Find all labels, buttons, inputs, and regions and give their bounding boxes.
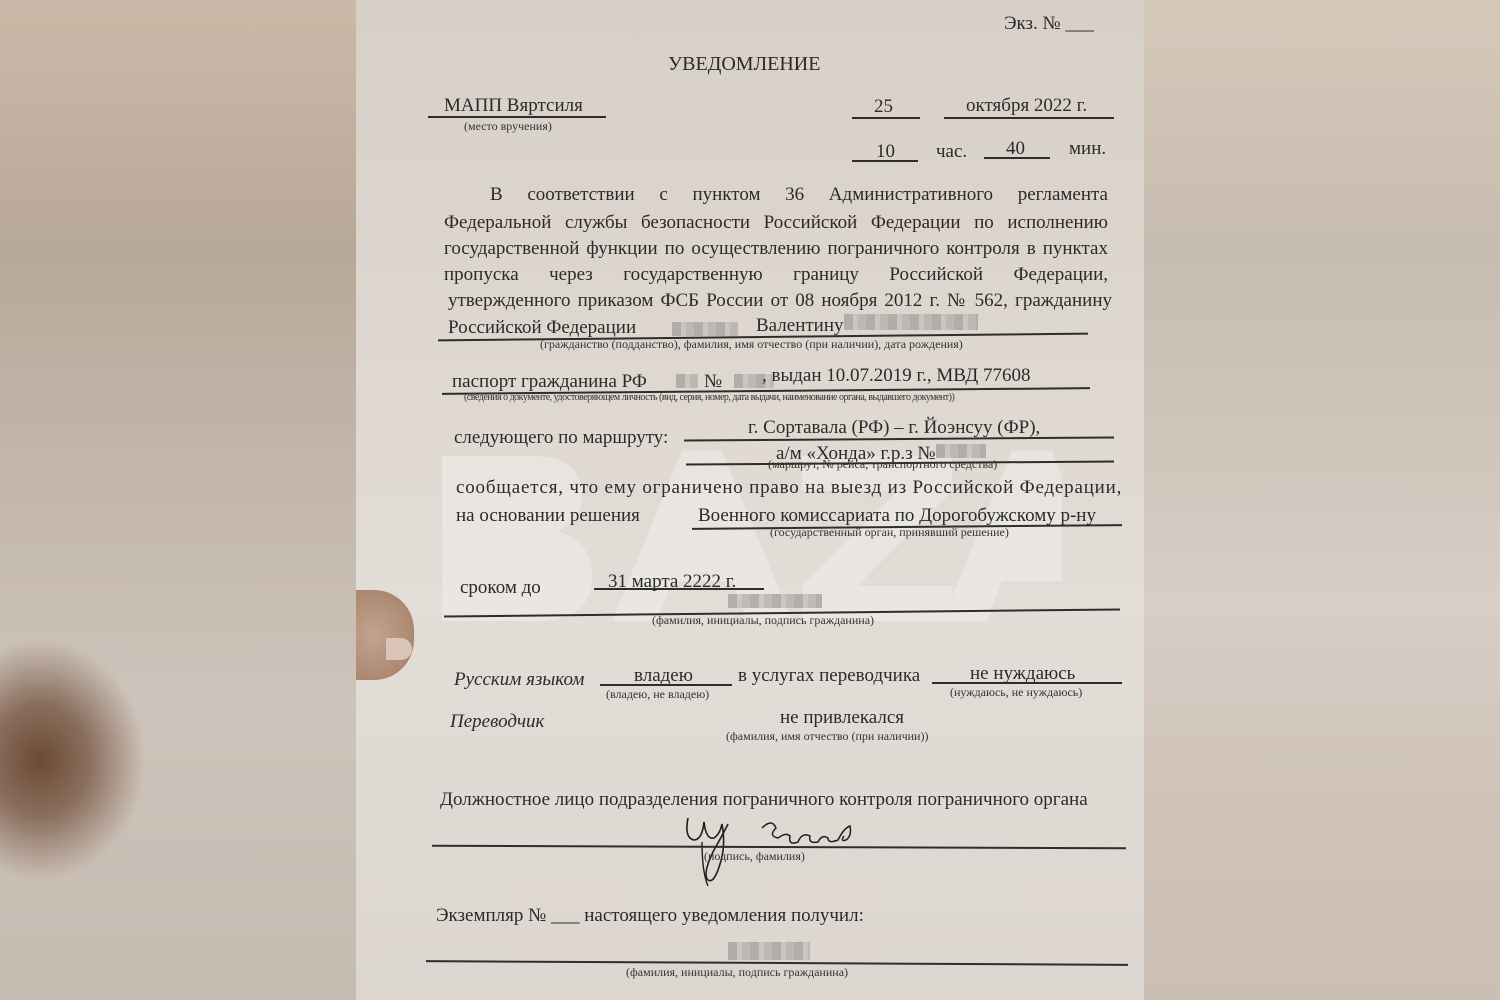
- official-signature: [682, 808, 902, 888]
- basis-caption: (государственный орган, принявший решени…: [770, 526, 1009, 538]
- body-line-4: пропуска через государственную границу Р…: [444, 264, 1108, 286]
- finger: [356, 590, 414, 680]
- passport-type: паспорт гражданина РФ: [452, 372, 647, 391]
- redacted-surname: [672, 322, 738, 336]
- basis-label: на основании решения: [456, 506, 640, 525]
- redacted-recipient-signature: [728, 942, 810, 960]
- interpreter-services-caption: (нуждаюсь, не нуждаюсь): [950, 686, 1082, 698]
- redacted-patronymic-dob: [844, 314, 978, 330]
- document-title: УВЕДОМЛЕНИЕ: [668, 54, 820, 74]
- redacted-passport-series: [676, 374, 698, 388]
- passport-number-label: №: [704, 372, 722, 391]
- place-underline: [428, 116, 606, 118]
- official-caption: (подпись, фамилия): [704, 850, 805, 862]
- redacted-citizen-signature: [728, 594, 822, 608]
- interpreter-value: не привлекался: [780, 708, 904, 727]
- route-label: следующего по маршруту:: [454, 428, 668, 447]
- hour-underline: [852, 160, 918, 162]
- minute-underline: [984, 157, 1050, 159]
- received-caption: (фамилия, инициалы, подпись гражданина): [626, 966, 848, 978]
- body-line-3: государственной функции по осуществлению…: [444, 238, 1108, 260]
- received-label: Экземпляр № ___ настоящего уведомления п…: [436, 906, 864, 925]
- time-hour: 10: [876, 142, 895, 161]
- copy-number: Экз. № ___: [1004, 14, 1094, 33]
- first-name-value: Валентину: [756, 316, 844, 335]
- body-line-2: Федеральной службы безопасности Российск…: [444, 212, 1108, 234]
- blurred-background-left: [0, 0, 356, 1000]
- body-line-5: утвержденного приказом ФСБ России от 08 …: [448, 290, 1112, 312]
- interpreter-caption: (фамилия, имя отчество (при наличии)): [726, 730, 928, 742]
- place-caption: (место вручения): [464, 120, 552, 132]
- basis-authority: Военного комиссариата по Дорогобужскому …: [698, 506, 1096, 525]
- minute-label: мин.: [1069, 139, 1106, 158]
- redacted-plate: [936, 444, 986, 458]
- route-cities: г. Сортавала (РФ) – г. Йоэнсуу (ФР),: [748, 418, 1040, 437]
- term-underline: [594, 588, 764, 590]
- citizenship-value: Российской Федерации: [448, 318, 636, 337]
- language-caption: (владею, не владею): [606, 688, 709, 700]
- place-of-delivery: МАПП Вяртсиля: [444, 96, 583, 115]
- hour-label: час.: [936, 142, 967, 161]
- date-day: 25: [874, 97, 893, 116]
- blurred-background-right: [1144, 0, 1500, 1000]
- body-line-1: В соответствии с пунктом 36 Администрати…: [490, 184, 1108, 206]
- document-photo: Экз. № ___ УВЕДОМЛЕНИЕ МАПП Вяртсиля (ме…: [356, 0, 1144, 1000]
- language-underline: [600, 684, 732, 686]
- interpreter-services-value: не нуждаюсь: [970, 664, 1075, 683]
- restriction-text: сообщается, что ему ограничено право на …: [456, 478, 1122, 497]
- language-value: владею: [634, 666, 693, 685]
- route-caption: (маршрут, № рейса, транспортного средств…: [768, 458, 997, 470]
- official-label: Должностное лицо подразделения пограничн…: [440, 790, 1088, 809]
- passport-issued: , выдан 10.07.2019 г., МВД 77608: [762, 366, 1030, 385]
- term-label: сроком до: [460, 578, 541, 597]
- language-label: Русским языком: [454, 670, 584, 689]
- day-underline: [852, 117, 920, 119]
- passport-caption: (сведения о документе, удостоверяющем ли…: [464, 393, 954, 403]
- date-month-year: октября 2022 г.: [966, 96, 1087, 115]
- citizen-sign-caption: (фамилия, инициалы, подпись гражданина): [652, 614, 874, 626]
- interpreter-services-label: в услугах переводчика: [738, 666, 920, 685]
- time-minute: 40: [1006, 139, 1025, 158]
- fingernail: [386, 638, 412, 660]
- citizen-caption: (гражданство (подданство), фамилия, имя …: [540, 338, 963, 350]
- interpreter-label: Переводчик: [450, 712, 544, 731]
- month-underline: [944, 117, 1114, 119]
- interpreter-services-underline: [932, 682, 1122, 684]
